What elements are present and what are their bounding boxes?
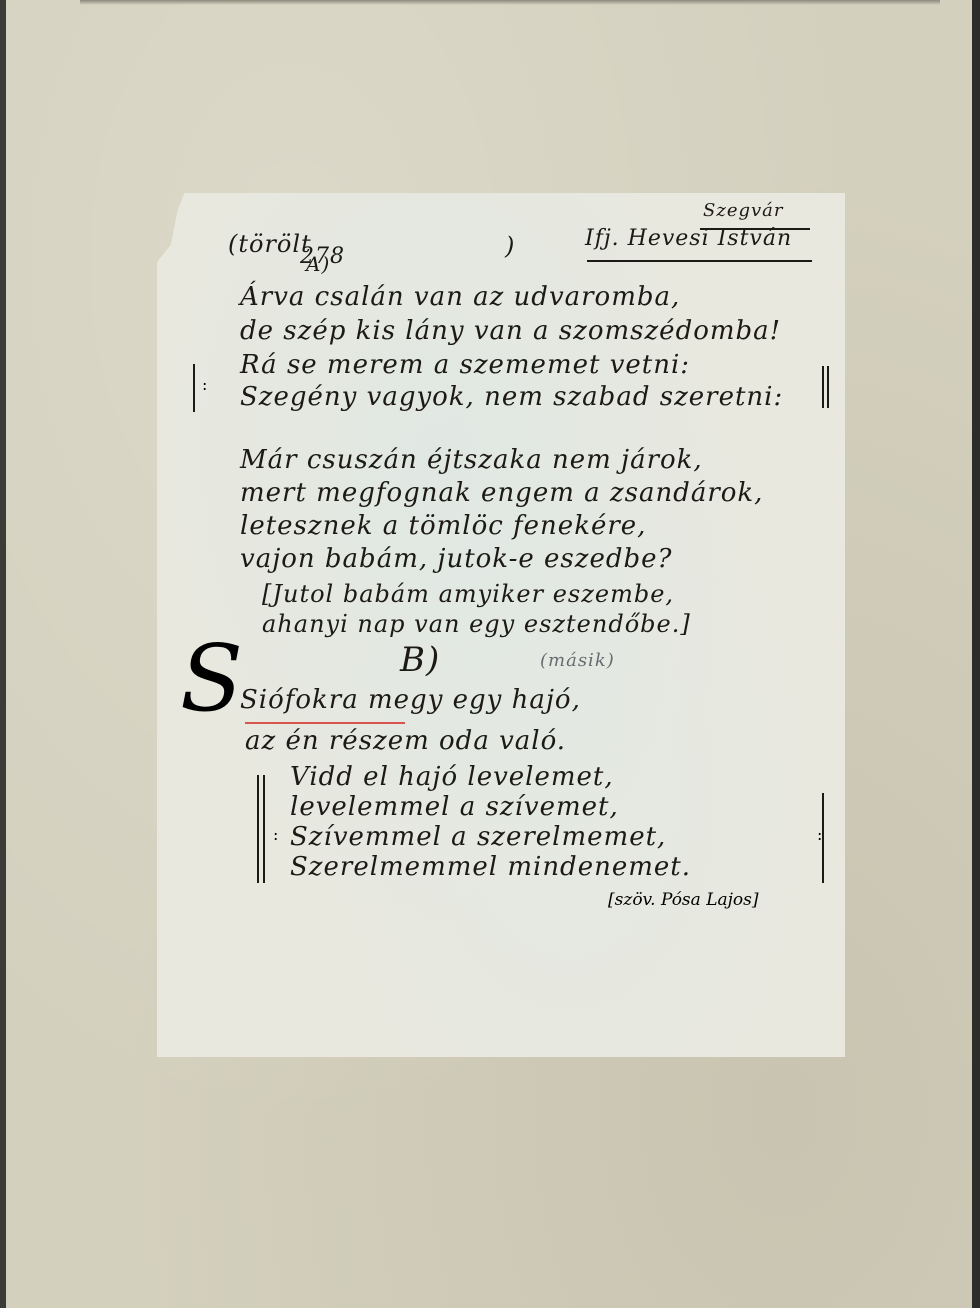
author-name: Ifj. Hevesi István (585, 226, 792, 251)
stanza-c-line-1: Siófokra megy egy hajó, (240, 685, 581, 715)
red-underline (245, 722, 405, 724)
stanza-c-line-2: az én részem oda való. (245, 726, 566, 756)
repeat-bar-c-left-1 (257, 775, 259, 883)
decorative-initial-s: S (180, 625, 243, 732)
stanza-a-line-4: Szegény vagyok, nem szabad szeretni: (240, 382, 783, 412)
repeat-bar-right-1 (822, 366, 824, 408)
section-b-label: B) (400, 640, 440, 680)
stanza-b-line-4: vajon babám, jutok-e eszedbe? (240, 544, 672, 574)
stanza-a-line-3: Rá se merem a szememet vetni: (240, 350, 690, 380)
stanza-c-line-3: Vidd el hajó levelemet, (290, 762, 614, 792)
board-edge-left (0, 0, 6, 1308)
repeat-dots-c-left: : (273, 830, 278, 840)
board-edge-right (972, 0, 980, 1308)
repeat-bar-right-2 (827, 366, 829, 408)
place-name: Szegvár (703, 200, 784, 221)
deleted-note-close: ) (505, 232, 515, 260)
board-edge-top (80, 0, 940, 5)
stanza-c-line-6: Szerelmemmel mindenemet. (290, 852, 691, 882)
stanza-b-line-3: letesznek a tömlöc fenekére, (240, 511, 646, 541)
bracket-line-1: [Jutol babám amyiker eszembe, (262, 580, 674, 608)
repeat-bar-c-right (822, 793, 824, 883)
lyricist-credit: [szöv. Pósa Lajos] (608, 890, 758, 910)
section-a-label: A) (306, 252, 330, 276)
pencil-note: (másik) (540, 650, 615, 671)
stanza-a-line-1: Árva csalán van az udvaromba, (240, 282, 680, 312)
stanza-c-line-5: Szívemmel a szerelmemet, (290, 822, 666, 852)
repeat-bar-c-left-2 (263, 775, 265, 883)
stanza-b-line-1: Már csuszán éjtszaka nem járok, (240, 445, 703, 475)
repeat-dots-left: : (202, 380, 207, 390)
stanza-a-line-2: de szép kis lány van a szomszédomba! (240, 316, 781, 346)
stanza-c-line-4: levelemmel a szívemet, (290, 792, 619, 822)
deleted-note: (törölt (228, 230, 312, 258)
repeat-bar-left (193, 364, 195, 412)
stanza-b-line-2: mert megfognak engem a zsandárok, (240, 478, 763, 508)
author-rule (587, 260, 812, 262)
bracket-line-2: ahanyi nap van egy esztendőbe.] (262, 610, 691, 638)
